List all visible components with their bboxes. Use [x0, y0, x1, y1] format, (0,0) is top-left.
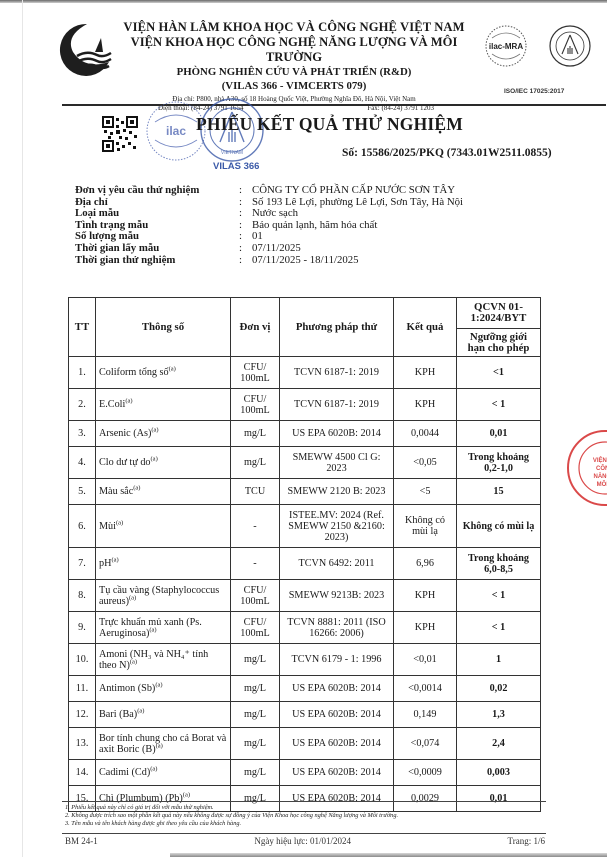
row-number: 14.	[69, 760, 96, 786]
unit: CFU/ 100mL	[231, 612, 280, 644]
limit-value: < 1	[457, 389, 541, 421]
test-method: US EPA 6020B: 2014	[280, 676, 394, 702]
test-method: SMEWW 2120 B: 2023	[280, 479, 394, 505]
result-value: <0,074	[394, 728, 457, 760]
page-number: Trang: 1/6	[508, 836, 545, 846]
institute-logo-icon	[57, 22, 113, 78]
result-value: 0,0029	[394, 786, 457, 812]
department-name: PHÒNG NGHIÊN CỨU VÀ PHÁT TRIỂN (R&D)	[110, 65, 478, 79]
svg-text:MÔI T: MÔI T	[597, 480, 607, 488]
ilac-mra-logo-icon: ilac-MRA	[484, 24, 528, 68]
divider	[62, 801, 546, 802]
row-number: 3.	[69, 421, 96, 447]
bureau-accreditation-logo-icon	[548, 24, 592, 68]
row-number: 9.	[69, 612, 96, 644]
unit: mg/L	[231, 676, 280, 702]
row-number: 7.	[69, 548, 96, 580]
header-result: Kết quả	[394, 298, 457, 357]
parameter-name: Coliform tổng số(a)	[96, 357, 231, 389]
parameter-name: Tụ cầu vàng (Staphylococcus aureus)(a)	[96, 580, 231, 612]
unit: CFU/ 100mL	[231, 580, 280, 612]
table-row: 9.Trực khuẩn mủ xanh (Ps. Aeruginosa)(a)…	[69, 612, 541, 644]
test-method: TCVN 6187-1: 2019	[280, 357, 394, 389]
svg-text:ilac-MRA: ilac-MRA	[489, 42, 523, 51]
row-number: 5.	[69, 479, 96, 505]
result-value: <0,0009	[394, 760, 457, 786]
table-row: 8.Tụ cầu vàng (Staphylococcus aureus)(a)…	[69, 580, 541, 612]
test-method: ISTEE.MV: 2024 (Ref. SMEWW 2150 &2160: 2…	[280, 505, 394, 548]
limit-value: 0,02	[457, 676, 541, 702]
parameter-name: Bari (Ba)(a)	[96, 702, 231, 728]
row-number: 8.	[69, 580, 96, 612]
parameter-name: pH(a)	[96, 548, 231, 580]
limit-value: Trong khoảng 0,2-1,0	[457, 447, 541, 479]
unit: CFU/ 100mL	[231, 389, 280, 421]
footnote: 1. Phiếu kết quả này chỉ có giá trị đối …	[65, 804, 398, 812]
accredited-mark: (a)	[133, 485, 140, 492]
row-number: 13.	[69, 728, 96, 760]
limit-value: 0,01	[457, 786, 541, 812]
row-number: 1.	[69, 357, 96, 389]
result-value: <5	[394, 479, 457, 505]
header-tt: TT	[69, 298, 96, 357]
table-row: 3.Arsenic (As)(a)mg/LUS EPA 6020B: 20140…	[69, 421, 541, 447]
sample-info: Đơn vị yêu cầu thử nghiệm:CÔNG TY CỔ PHẦ…	[75, 185, 463, 266]
page-edge	[22, 0, 23, 857]
accreditation-codes: (VILAS 366 - VIMCERTS 079)	[110, 79, 478, 93]
parameter-name: E.Coli(a)	[96, 389, 231, 421]
test-method: TCVN 8881: 2011 (ISO 16266: 2006)	[280, 612, 394, 644]
row-number: 12.	[69, 702, 96, 728]
result-value: <0,0014	[394, 676, 457, 702]
test-method: SMEWW 9213B: 2023	[280, 580, 394, 612]
parameter-name: Bor tính chung cho cả Borat và axit Bori…	[96, 728, 231, 760]
table-row: 7.pH(a)-TCVN 6492: 20116,96Trong khoảng …	[69, 548, 541, 580]
qr-code-icon[interactable]	[102, 116, 138, 152]
result-value: KPH	[394, 580, 457, 612]
limit-value: 15	[457, 479, 541, 505]
result-value: <0,01	[394, 644, 457, 676]
svg-text:NĂNG L: NĂNG L	[594, 473, 607, 480]
test-method: TCVN 6492: 2011	[280, 548, 394, 580]
test-method: TCVN 6187-1: 2019	[280, 389, 394, 421]
accredited-mark: (a)	[151, 456, 158, 463]
svg-text:VIỆN KH: VIỆN KH	[593, 456, 607, 464]
accredited-mark: (a)	[137, 708, 144, 715]
info-row: Đơn vị yêu cầu thử nghiệm:CÔNG TY CỔ PHẦ…	[75, 185, 463, 197]
effective-date: Ngày hiệu lực: 01/01/2024	[254, 836, 351, 846]
table-row: 6.Mùi(a)-ISTEE.MV: 2024 (Ref. SMEWW 2150…	[69, 505, 541, 548]
result-value: 0,0044	[394, 421, 457, 447]
document-number: Số: 15586/2025/PKQ (7343.01W2511.0855)	[342, 147, 552, 159]
vilas-stamp-label: VILAS 366	[213, 161, 259, 172]
unit: mg/L	[231, 760, 280, 786]
results-table: TT Thông số Đơn vị Phương pháp thử Kết q…	[68, 297, 541, 812]
result-value: 0,149	[394, 702, 457, 728]
document-title: PHIẾU KẾT QUẢ THỬ NGHIỆM	[196, 114, 463, 135]
limit-value: 0,003	[457, 760, 541, 786]
institute-name: VIỆN KHOA HỌC CÔNG NGHỆ NĂNG LƯỢNG VÀ MÔ…	[110, 35, 478, 65]
limit-value: < 1	[457, 580, 541, 612]
limit-value: < 1	[457, 612, 541, 644]
parameter-name: Mùi(a)	[96, 505, 231, 548]
footer: BM 24-1 Ngày hiệu lực: 01/01/2024 Trang:…	[65, 836, 545, 846]
limit-value: 2,4	[457, 728, 541, 760]
limit-value: 1	[457, 644, 541, 676]
unit: mg/L	[231, 644, 280, 676]
row-number: 10.	[69, 644, 96, 676]
accredited-mark: (a)	[150, 766, 157, 773]
iso-standard: ISO/IEC 17025:2017	[504, 88, 564, 95]
header-unit: Đơn vị	[231, 298, 280, 357]
table-row: 1.Coliform tổng số(a)CFU/ 100mLTCVN 6187…	[69, 357, 541, 389]
accredited-mark: (a)	[129, 594, 136, 601]
test-method: SMEWW 4500 Cl G: 2023	[280, 447, 394, 479]
table-row: 5.Màu sắc(a)TCUSMEWW 2120 B: 2023<515	[69, 479, 541, 505]
info-row: Thời gian thử nghiệm:07/11/2025 - 18/11/…	[75, 255, 463, 267]
table-row: 4.Clo dư tự do(a)mg/LSMEWW 4500 Cl G: 20…	[69, 447, 541, 479]
row-number: 2.	[69, 389, 96, 421]
accredited-mark: (a)	[151, 427, 158, 434]
test-method: US EPA 6020B: 2014	[280, 421, 394, 447]
accredited-mark: (a)	[125, 398, 132, 405]
parameter-name: Màu sắc(a)	[96, 479, 231, 505]
accredited-mark: (a)	[116, 519, 123, 526]
table-row: 13.Bor tính chung cho cả Borat và axit B…	[69, 728, 541, 760]
page-edge	[170, 853, 607, 857]
unit: -	[231, 548, 280, 580]
result-value: Không có mùi lạ	[394, 505, 457, 548]
result-value: <0,05	[394, 447, 457, 479]
header-method: Phương pháp thử	[280, 298, 394, 357]
row-number: 4.	[69, 447, 96, 479]
footnote: 2. Không được trích sao một phần kết quả…	[65, 812, 398, 820]
header-standard: QCVN 01-1:2024/BYT	[457, 298, 541, 329]
divider	[62, 833, 546, 834]
table-row: 14.Cadimi (Cd)(a)mg/LUS EPA 6020B: 2014<…	[69, 760, 541, 786]
accredited-mark: (a)	[156, 742, 163, 749]
result-value: KPH	[394, 389, 457, 421]
accredited-mark: (a)	[169, 366, 176, 373]
row-number: 11.	[69, 676, 96, 702]
accredited-mark: (a)	[111, 557, 118, 564]
test-method: US EPA 6020B: 2014	[280, 728, 394, 760]
institute-seal-icon: VIỆN KH CÔNG NĂNG L MÔI T	[565, 428, 607, 508]
svg-text:VIETNAM: VIETNAM	[221, 150, 243, 156]
result-value: KPH	[394, 612, 457, 644]
accredited-mark: (a)	[149, 626, 156, 633]
header-param: Thông số	[96, 298, 231, 357]
svg-text:CÔNG: CÔNG	[596, 464, 607, 472]
table-row: 2.E.Coli(a)CFU/ 100mLTCVN 6187-1: 2019KP…	[69, 389, 541, 421]
info-row: Thời gian lấy mẫu:07/11/2025	[75, 243, 463, 255]
result-value: KPH	[394, 357, 457, 389]
accredited-mark: (a)	[155, 682, 162, 689]
unit: -	[231, 505, 280, 548]
footnotes: 1. Phiếu kết quả này chỉ có giá trị đối …	[65, 804, 398, 828]
unit: mg/L	[231, 702, 280, 728]
header-limit: Ngưỡng giới hạn cho phép	[457, 329, 541, 357]
test-method: TCVN 6179 - 1: 1996	[280, 644, 394, 676]
footnote: 3. Tên mẫu và tên khách hàng được ghi th…	[65, 820, 398, 828]
unit: CFU/ 100mL	[231, 357, 280, 389]
table-row: 12.Bari (Ba)(a)mg/LUS EPA 6020B: 20140,1…	[69, 702, 541, 728]
divider	[62, 104, 606, 106]
accredited-mark: (a)	[130, 658, 137, 665]
limit-value: 1,3	[457, 702, 541, 728]
parameter-name: Cadimi (Cd)(a)	[96, 760, 231, 786]
limit-value: 0,01	[457, 421, 541, 447]
result-value: 6,96	[394, 548, 457, 580]
limit-value: Trong khoảng 6,0-8,5	[457, 548, 541, 580]
row-number: 6.	[69, 505, 96, 548]
letterhead: VIỆN HÀN LÂM KHOA HỌC VÀ CÔNG NGHỆ VIỆT …	[0, 0, 607, 100]
table-row: 11.Antimon (Sb)(a)mg/LUS EPA 6020B: 2014…	[69, 676, 541, 702]
form-code: BM 24-1	[65, 836, 98, 846]
test-method: US EPA 6020B: 2014	[280, 702, 394, 728]
parameter-name: Trực khuẩn mủ xanh (Ps. Aeruginosa)(a)	[96, 612, 231, 644]
unit: TCU	[231, 479, 280, 505]
limit-value: <1	[457, 357, 541, 389]
parameter-name: Antimon (Sb)(a)	[96, 676, 231, 702]
unit: mg/L	[231, 728, 280, 760]
parameter-name: Clo dư tự do(a)	[96, 447, 231, 479]
svg-text:ilac: ilac	[166, 124, 186, 138]
accredited-mark: (a)	[183, 792, 190, 799]
parameter-name: Amoni (NH₃ và NH₄⁺ tính theo N)(a)	[96, 644, 231, 676]
table-row: 10.Amoni (NH₃ và NH₄⁺ tính theo N)(a)mg/…	[69, 644, 541, 676]
test-method: US EPA 6020B: 2014	[280, 760, 394, 786]
unit: mg/L	[231, 447, 280, 479]
institution-name: VIỆN HÀN LÂM KHOA HỌC VÀ CÔNG NGHỆ VIỆT …	[110, 20, 478, 35]
unit: mg/L	[231, 421, 280, 447]
parameter-name: Arsenic (As)(a)	[96, 421, 231, 447]
limit-value: Không có mùi lạ	[457, 505, 541, 548]
